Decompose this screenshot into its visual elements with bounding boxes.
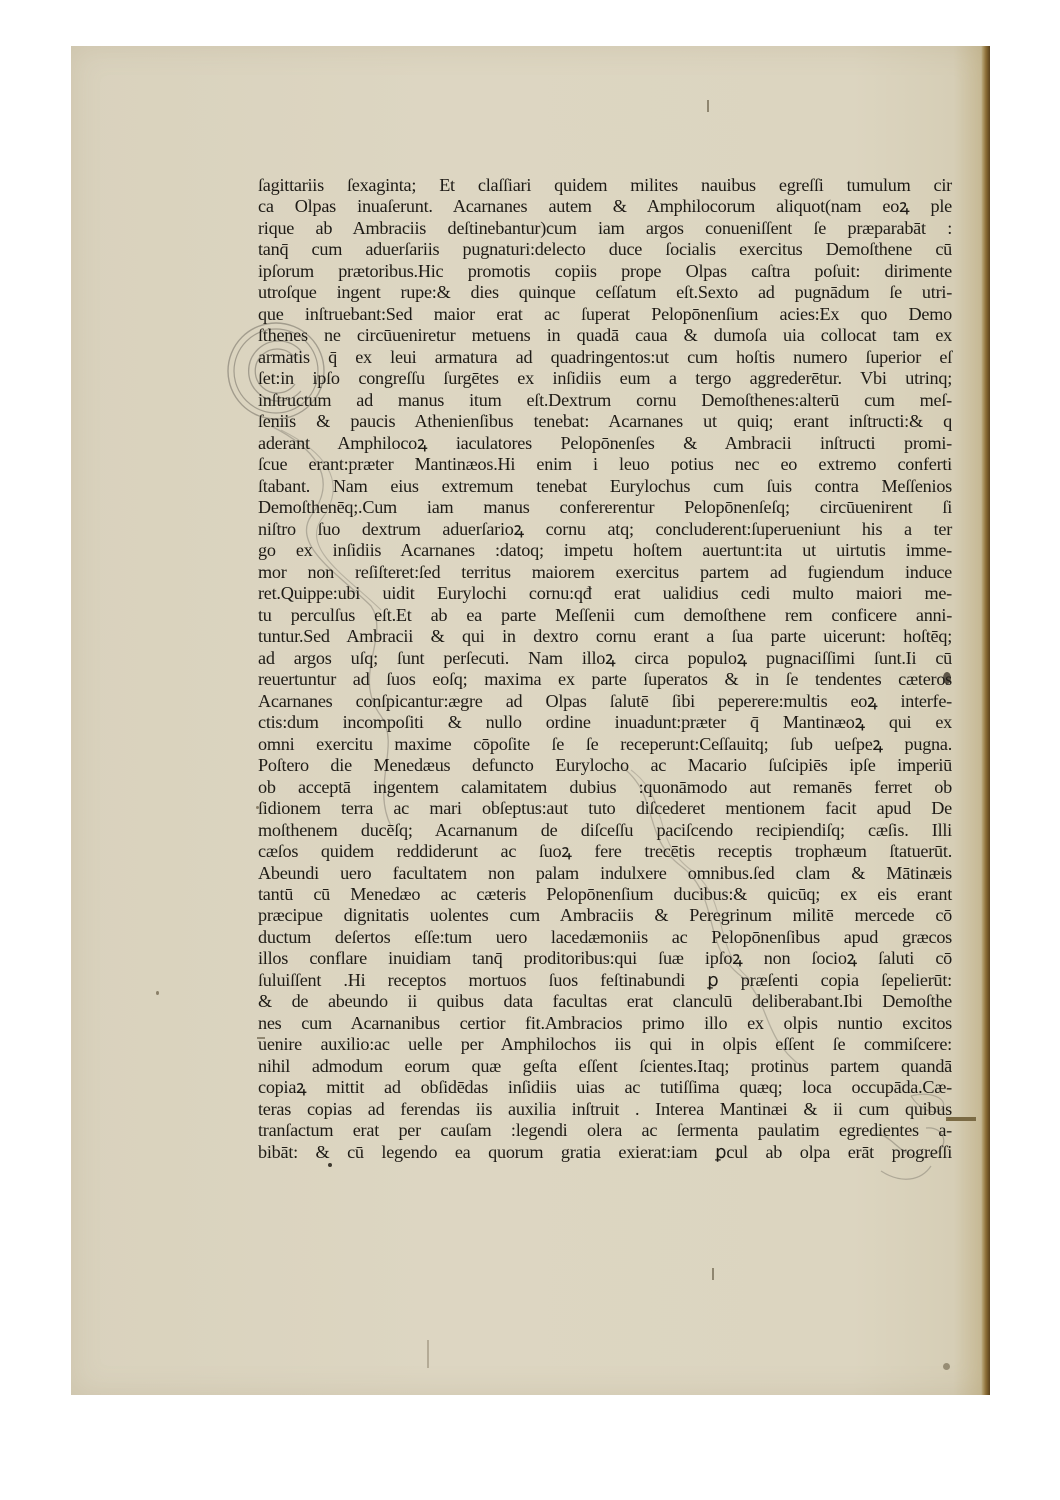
text-line-24: reuertuntur ad ſuos eoſq; maxima ex part… xyxy=(258,669,952,690)
text-line-37: illos conflare inuidiam tanq̄ proditorib… xyxy=(258,948,952,969)
text-line-9: armatis q̄ ex leui armatura ad quadringe… xyxy=(258,347,952,368)
text-line-11: inſtructum ad manus itum eſt.Dextrum cor… xyxy=(258,390,952,411)
text-line-28: Poſtero die Menedæus defuncto Eurylocho … xyxy=(258,755,952,776)
text-line-41: uenire auxilio:ac uelle per Amphilochos … xyxy=(258,1034,952,1055)
text-line-20: ret.Quippe:ubi uidit Eurylochi cornu:qđ … xyxy=(258,583,952,604)
text-line-22: tuntur.Sed Ambracii & qui in dextro corn… xyxy=(258,626,952,647)
text-line-17: niſtro ſuo dextrum aduerſarioꝝ cornu atq… xyxy=(258,519,952,540)
text-line-36: ductum deſertos eſſe:tum uero lacedæmoni… xyxy=(258,927,952,948)
text-line-8: ſthenes ne circūueniretur metuens in qua… xyxy=(258,325,952,346)
text-line-38: ſuluiſſent .Hi receptos mortuos ſuos feſ… xyxy=(258,970,952,991)
text-line-40: nes cum Acarnanibus certior fit.Ambracio… xyxy=(258,1013,952,1034)
text-line-19: mor non reſiſteret:ſed territus maiorem … xyxy=(258,562,952,583)
text-line-7: que inſtruebant:Sed maior erat ac ſupera… xyxy=(258,304,952,325)
text-line-12: ſeniis & paucis Athenienſibus tenebat: A… xyxy=(258,411,952,432)
text-line-43: copiaꝝ mittit ad obſidēdas inſidiis uias… xyxy=(258,1077,952,1098)
text-line-25: Acarnanes conſpicantur:ægre ad Olpas ſal… xyxy=(258,691,952,712)
text-line-35: præcipue dignitatis uolentes cum Ambraci… xyxy=(258,905,952,926)
text-line-30: ſidionem terra ac mari obſeptus:aut tuto… xyxy=(258,798,952,819)
text-line-32: cæſos quidem reddiderunt ac ſuoꝝ fere tr… xyxy=(258,841,952,862)
text-line-21: tu perculſus eſt.Et ab ea parte Meſſenii… xyxy=(258,605,952,626)
manuscript-page: ſagittariis ſexaginta; Et claſſiari quid… xyxy=(71,46,990,1395)
text-line-39: & de abeundo ii quibus data facultas era… xyxy=(258,991,952,1012)
text-line-14: ſcue erant:præter Mantinæos.Hi enim i le… xyxy=(258,454,952,475)
text-line-13: aderant Amphilocoꝝ iaculatores Pelopōnen… xyxy=(258,433,952,454)
text-line-1: ſagittariis ſexaginta; Et claſſiari quid… xyxy=(258,175,952,196)
text-line-10: ſet:in ipſo congreſſu ſurgētes ex inſidi… xyxy=(258,368,952,389)
text-line-34: tantū cū Menedæo ac cæteris Pelopōnenſiu… xyxy=(258,884,952,905)
ink-mark-bottom-2 xyxy=(427,1340,429,1368)
text-line-33: Abeundi uero facultatem non palam indulx… xyxy=(258,863,952,884)
text-line-46: bibāt: & cū legendo ea quorum gratia exi… xyxy=(258,1142,952,1163)
text-line-27: omni exercitu maxime cōpoſite ſe ſe rece… xyxy=(258,734,952,755)
text-line-26: ctis:dum incompoſiti & nullo ordine inua… xyxy=(258,712,952,733)
text-line-31: moſthenem ducēſq; Acarnanum de diſceſſu … xyxy=(258,820,952,841)
page-spine-edge xyxy=(982,46,990,1395)
text-line-4: tanq̄ cum aduerſariis pugnaturi:delecto … xyxy=(258,239,952,260)
paper-speck xyxy=(943,1363,950,1370)
body-text: ſagittariis ſexaginta; Et claſſiari quid… xyxy=(258,175,952,1163)
text-line-29: ob acceptā ingentem calamitatem dubius :… xyxy=(258,777,952,798)
text-line-6: utroſque ingent rupe:& dies quinque ceſſ… xyxy=(258,282,952,303)
paper-speck xyxy=(156,991,159,995)
text-line-45: tranſactum erat per cauſam :legendi oler… xyxy=(258,1120,952,1141)
text-line-15: ſtabant. Nam eius extremum tenebat Euryl… xyxy=(258,476,952,497)
ink-mark-top xyxy=(707,100,709,112)
text-line-2: ca Olpas inuaſerunt. Acarnanes autem & A… xyxy=(258,196,952,217)
text-line-44: teras copias ad ferendas iis auxilia inſ… xyxy=(258,1099,952,1120)
text-line-5: ipſorum prætoribus.Hic promotis copiis p… xyxy=(258,261,952,282)
paper-speck xyxy=(328,1163,332,1167)
text-line-16: Demoſthenēq;.Cum iam manus confererentur… xyxy=(258,497,952,518)
text-line-3: rique ab Ambraciis deſtinebantur)cum iam… xyxy=(258,218,952,239)
text-line-18: go ex inſidiis Acarnanes :datoq; impetu … xyxy=(258,540,952,561)
text-line-42: nihil admodum eorum quæ geſta eſſent ſci… xyxy=(258,1056,952,1077)
ink-mark-bottom xyxy=(712,1268,714,1280)
text-line-23: ad argos uſq; ſunt perſecuti. Nam illoꝝ … xyxy=(258,648,952,669)
